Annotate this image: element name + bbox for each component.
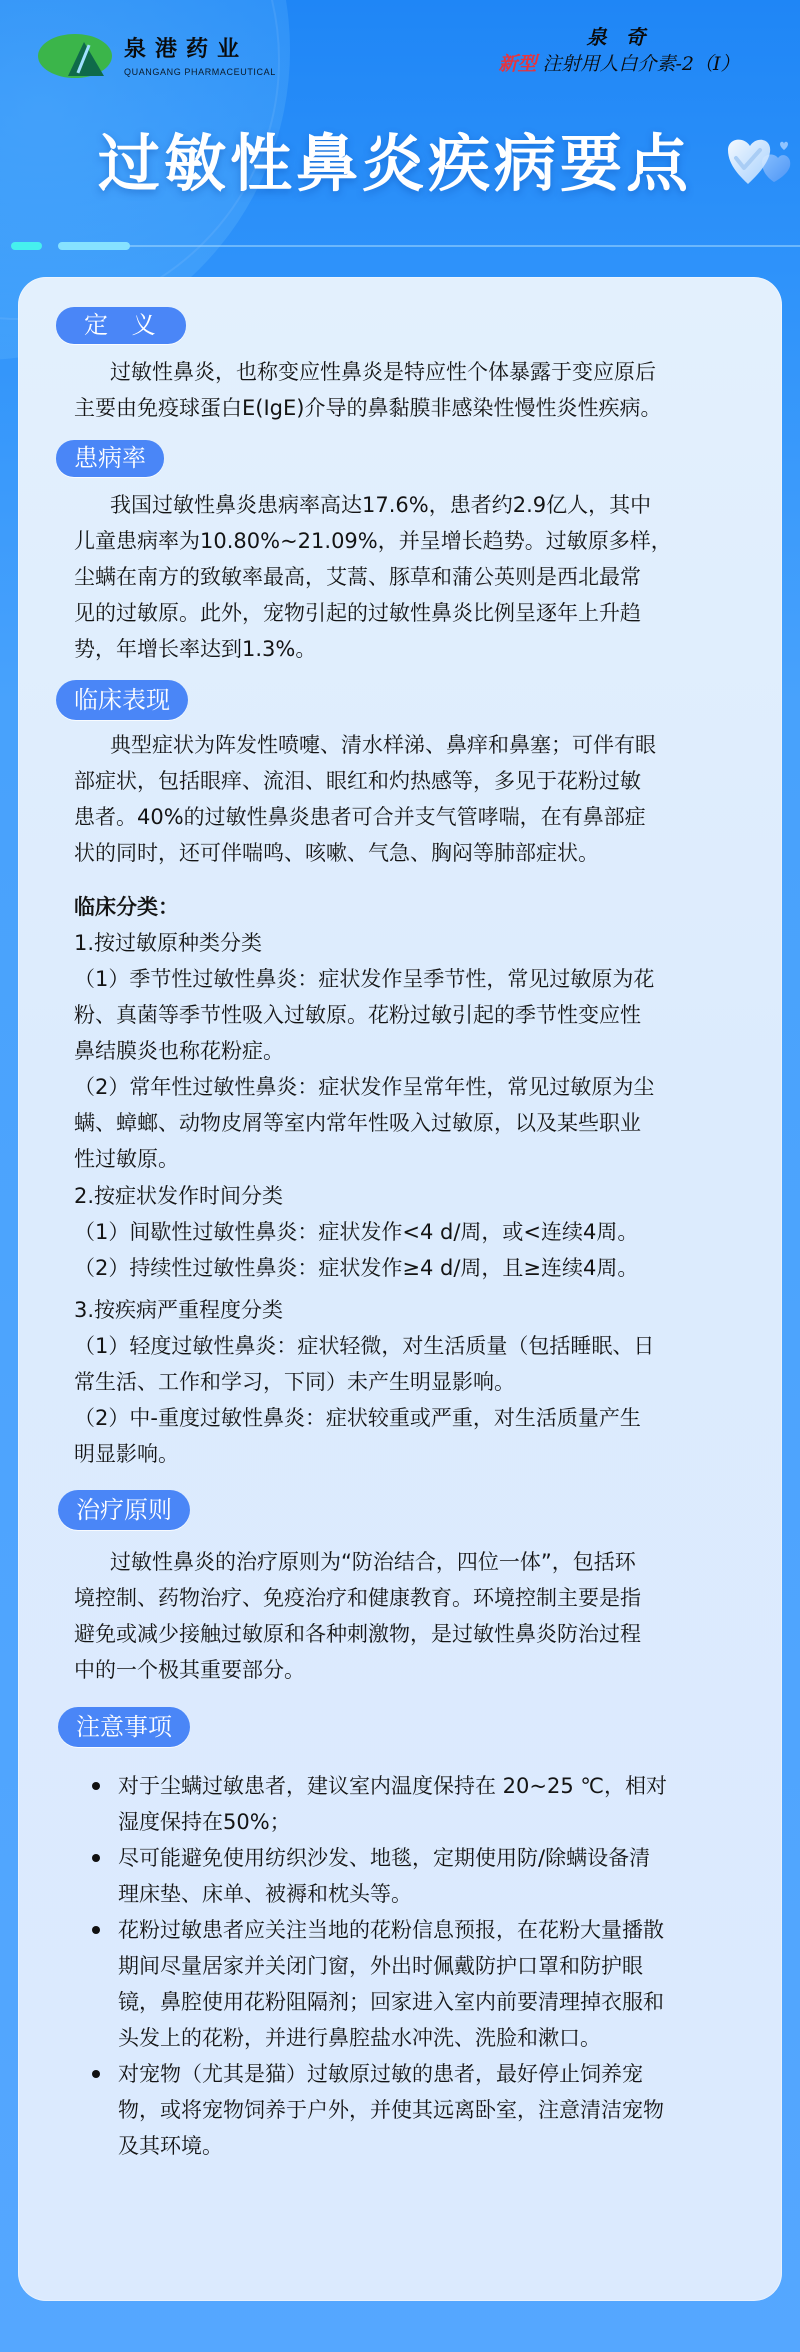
group-heading: 1.按过敏原种类分类 (74, 925, 764, 961)
classification-heading: 临床分类： (74, 889, 764, 925)
classification-group-2: 2.按症状发作时间分类 （1）间歇性过敏性鼻炎：症状发作<4 d/周，或<连续4… (74, 1178, 764, 1286)
decorative-pill (58, 242, 130, 250)
product-brand: 泉 奇 (474, 24, 764, 50)
new-badge: 新型 (498, 53, 536, 75)
decorative-pill (11, 242, 42, 250)
section-tag-definition: 定 义 (56, 307, 186, 344)
company-logo: 泉港药业 QUANGANG PHARMACEUTICAL (38, 34, 276, 80)
product-name-line: 新型 注射用人白介素-2（I） (474, 50, 764, 78)
section-tag-precautions: 注意事项 (58, 1707, 190, 1747)
bullet-icon (92, 1854, 100, 1862)
group-heading: 3.按疾病严重程度分类 (74, 1292, 764, 1328)
group-heading: 2.按症状发作时间分类 (74, 1178, 764, 1214)
clinical-text: 典型症状为阵发性喷嚏、清水样涕、鼻痒和鼻塞；可伴有眼 部症状，包括眼痒、流泪、眼… (74, 727, 764, 871)
list-item: 尽可能避免使用纺织沙发、地毯，定期使用防/除螨设备清 理床垫、床单、被褥和枕头等… (74, 1840, 774, 1912)
page-title: 过敏性鼻炎疾病要点 (98, 124, 692, 204)
prevalence-text: 我国过敏性鼻炎患病率高达17.6%，患者约2.9亿人，其中 儿童患病率为10.8… (74, 487, 764, 667)
bullet-icon (92, 1926, 100, 1934)
product-name: 注射用人白介素-2（I） (543, 53, 740, 75)
list-item: 对于尘螨过敏患者，建议室内温度保持在 20~25 ℃，相对 湿度保持在50%； (74, 1768, 774, 1840)
heart-check-icon (722, 136, 792, 192)
product-label: 泉 奇 新型 注射用人白介素-2（I） (474, 24, 764, 78)
logo-mark-icon (38, 34, 114, 80)
section-tag-clinical: 临床表现 (56, 680, 188, 720)
definition-text: 过敏性鼻炎，也称变应性鼻炎是特应性个体暴露于变应原后 主要由免疫球蛋白E(IgE… (74, 354, 764, 426)
precautions-list: 对于尘螨过敏患者，建议室内温度保持在 20~25 ℃，相对 湿度保持在50%； … (74, 1768, 774, 2164)
list-item: 对宠物（尤其是猫）过敏原过敏的患者，最好停止饲养宠 物，或将宠物饲养于户外，并使… (74, 2056, 774, 2164)
treatment-text: 过敏性鼻炎的治疗原则为“防治结合，四位一体”，包括环 境控制、药物治疗、免疫治疗… (74, 1544, 764, 1688)
section-tag-prevalence: 患病率 (56, 440, 164, 477)
classification-block: 临床分类： 1.按过敏原种类分类 （1）季节性过敏性鼻炎：症状发作呈季节性，常见… (74, 889, 764, 1177)
content-card: 定 义 过敏性鼻炎，也称变应性鼻炎是特应性个体暴露于变应原后 主要由免疫球蛋白E… (18, 277, 782, 2301)
bullet-icon (92, 1782, 100, 1790)
list-item: 花粉过敏患者应关注当地的花粉信息预报，在花粉大量播散 期间尽量居家并关闭门窗，外… (74, 1912, 774, 2056)
classification-group-3: 3.按疾病严重程度分类 （1）轻度过敏性鼻炎：症状轻微，对生活质量（包括睡眠、日… (74, 1292, 764, 1472)
company-name-en: QUANGANG PHARMACEUTICAL (124, 67, 276, 77)
section-tag-treatment: 治疗原则 (58, 1490, 190, 1530)
decorative-divider (128, 245, 800, 247)
company-name-cn: 泉港药业 (124, 37, 276, 63)
bullet-icon (92, 2070, 100, 2078)
